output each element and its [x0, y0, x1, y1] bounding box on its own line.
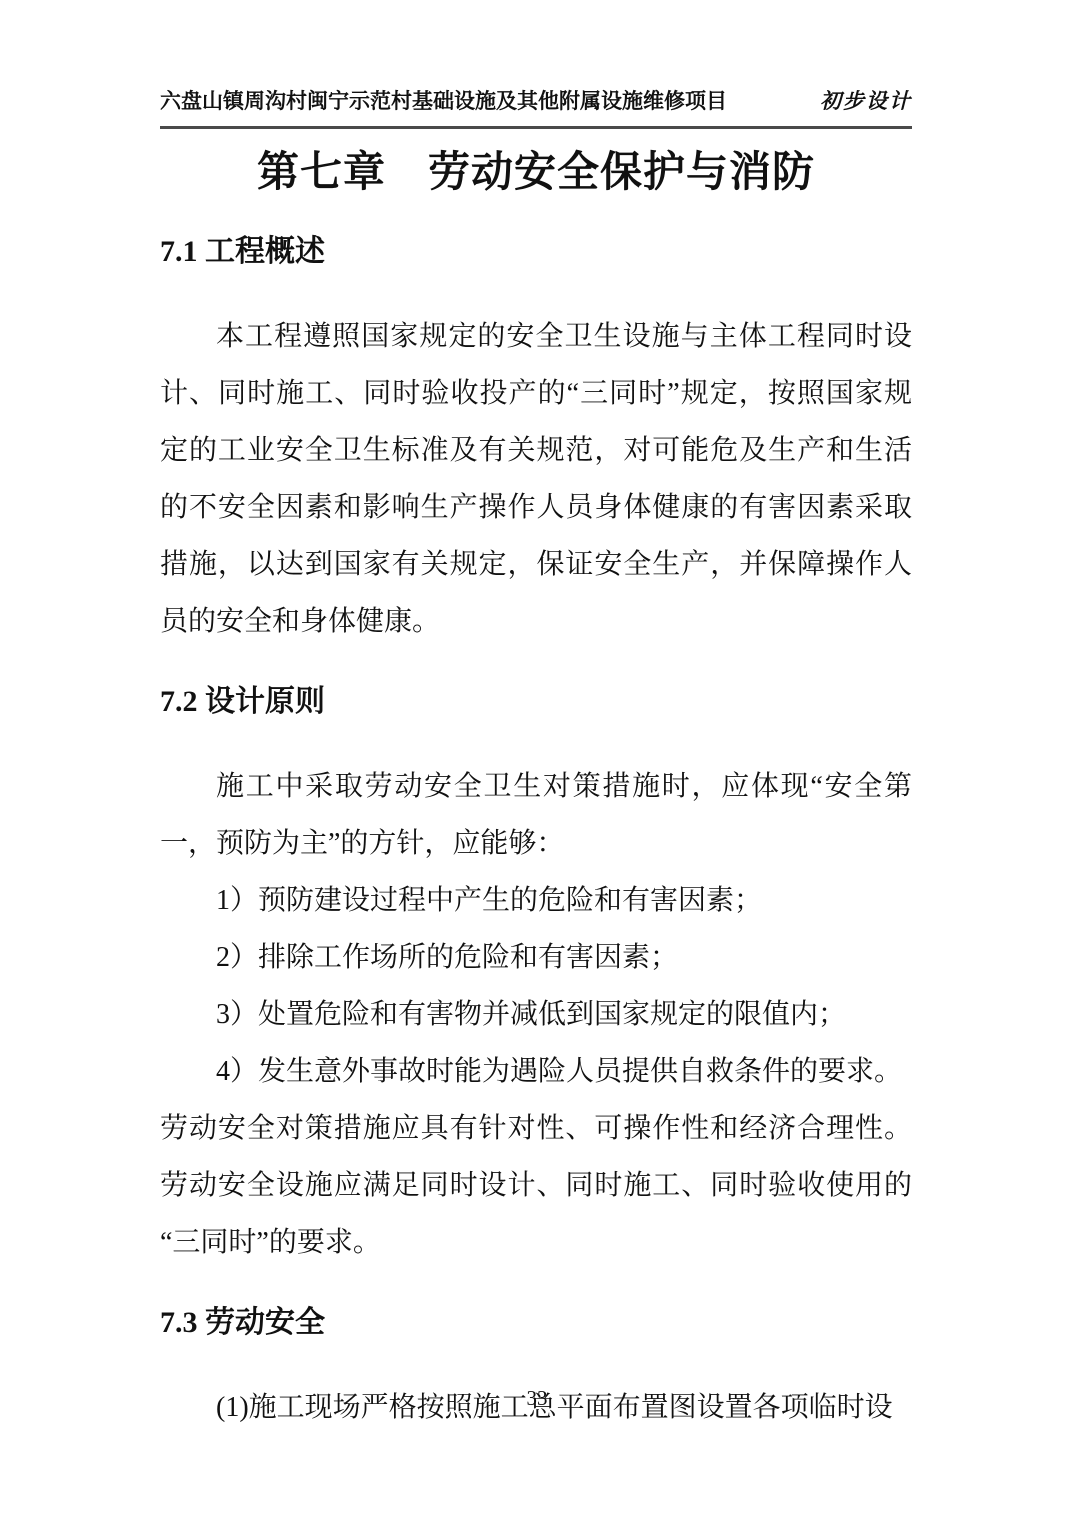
chapter-number: 第七章 — [257, 150, 386, 196]
design-principle-item-4: 4）发生意外事故时能为遇险人员提供自救条件的要求。 — [160, 1043, 912, 1100]
design-principle-item-1: 1）预防建设过程中产生的危险和有害因素； — [160, 872, 912, 929]
header-project-title: 六盘山镇周沟村闽宁示范村基础设施及其他附属设施维修项目 — [160, 88, 727, 114]
design-principle-item-2: 2）排除工作场所的危险和有害因素； — [160, 929, 912, 986]
section-7-2-paragraph-summary: 劳动安全对策措施应具有针对性、可操作性和经济合理性。劳动安全设施应满足同时设计、… — [160, 1100, 912, 1271]
page-header: 六盘山镇周沟村闽宁示范村基础设施及其他附属设施维修项目 初步设计 — [160, 88, 912, 129]
chapter-title-text: 劳动安全保护与消防 — [428, 150, 815, 196]
section-7-2-heading: 7.2 设计原则 — [160, 684, 912, 720]
section-7-1-heading: 7.1 工程概述 — [160, 234, 912, 270]
section-7-3-heading: 7.3 劳动安全 — [160, 1305, 912, 1341]
document-page: 六盘山镇周沟村闽宁示范村基础设施及其他附属设施维修项目 初步设计 第七章劳动安全… — [0, 0, 1074, 1520]
chapter-title: 第七章劳动安全保护与消防 — [160, 147, 912, 200]
design-principle-item-3: 3）处置危险和有害物并减低到国家规定的限值内； — [160, 986, 912, 1043]
page-number: 33 — [527, 1386, 548, 1410]
section-7-2-paragraph-intro: 施工中采取劳动安全卫生对策措施时，应体现“安全第一，预防为主”的方针，应能够： — [160, 758, 912, 872]
header-doc-type: 初步设计 — [820, 88, 912, 114]
section-7-1-paragraph: 本工程遵照国家规定的安全卫生设施与主体工程同时设计、同时施工、同时验收投产的“三… — [160, 308, 912, 650]
page-footer: 33 — [0, 1386, 1074, 1411]
